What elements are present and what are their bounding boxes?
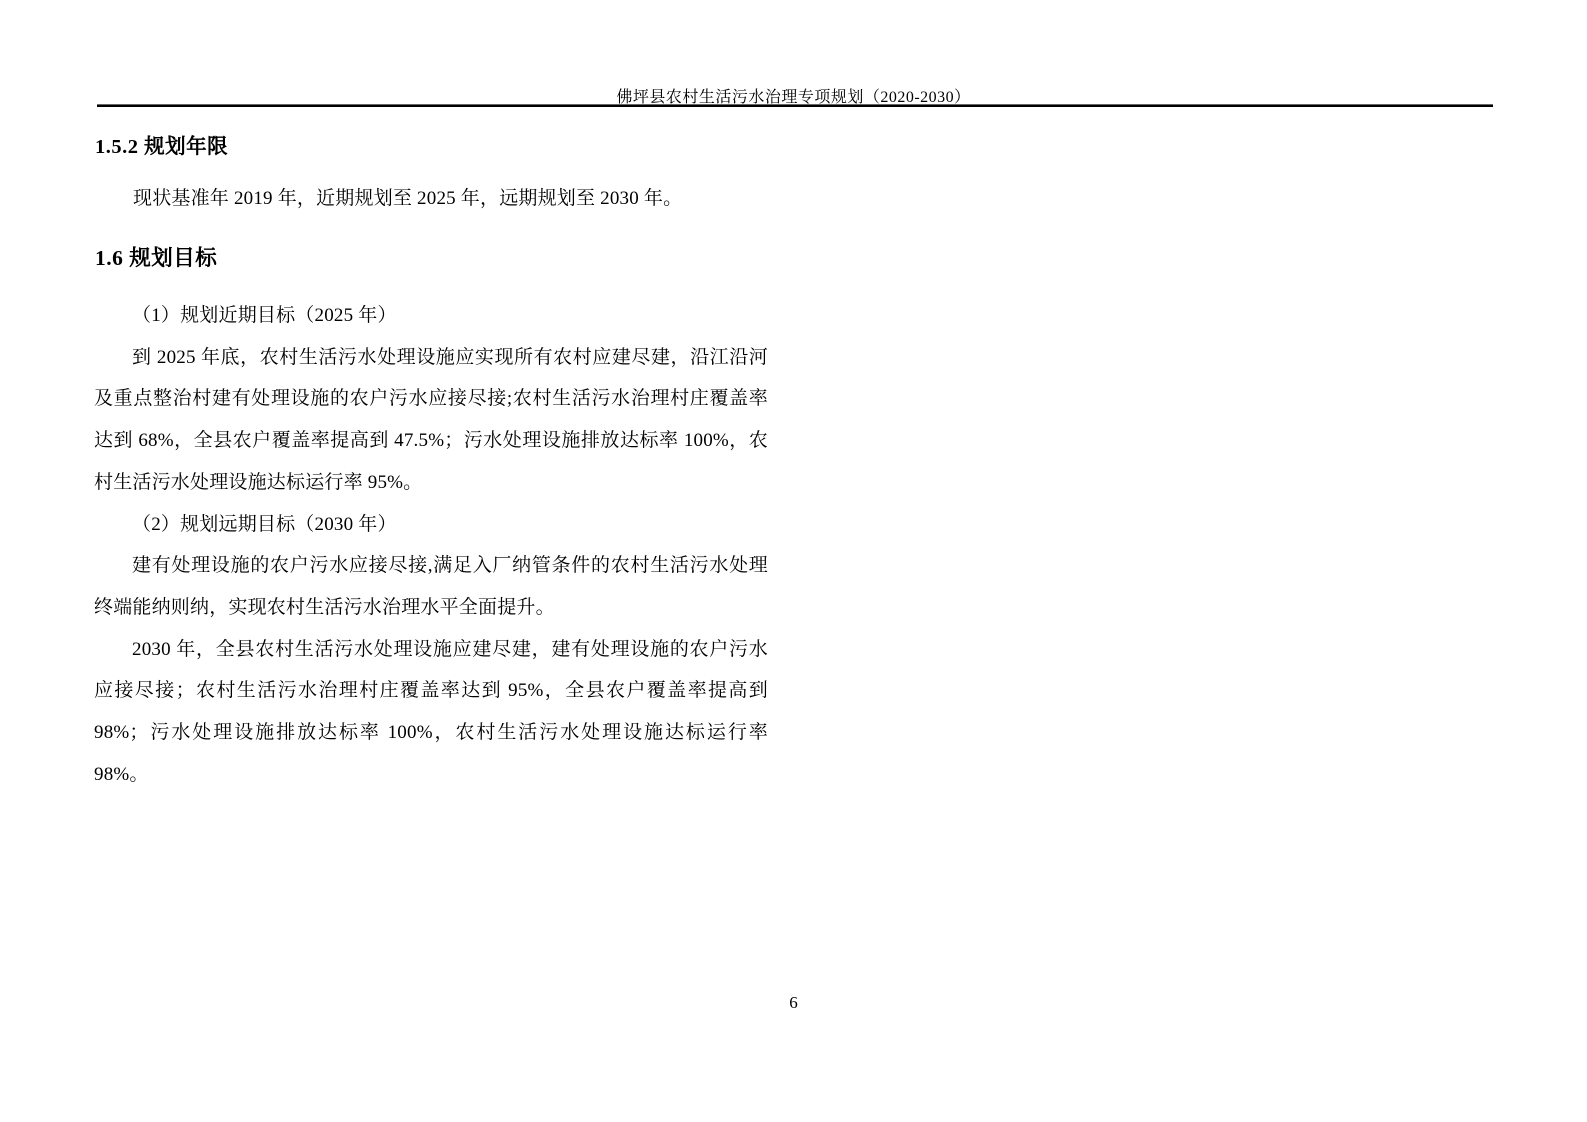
document-page: 佛坪县农村生活污水治理专项规划（2020-2030） 1.5.2 规划年限 现状… — [0, 0, 1587, 1122]
paragraph-near-term-label: （1）规划近期目标（2025 年） — [94, 295, 768, 337]
paragraph-near-term-goals: 到 2025 年底，农村生活污水处理设施应实现所有农村应建尽建，沿江沿河及重点整… — [94, 337, 768, 504]
paragraph-long-term-goals: 建有处理设施的农户污水应接尽接,满足入厂纳管条件的农村生活污水处理终端能纳则纳，… — [94, 545, 768, 628]
paragraph-planning-period: 现状基准年 2019 年，近期规划至 2025 年，远期规划至 2030 年。 — [95, 186, 769, 212]
page-number: 6 — [0, 993, 1587, 1013]
header-rule — [97, 104, 1493, 107]
planning-goals-body: （1）规划近期目标（2025 年） 到 2025 年底，农村生活污水处理设施应实… — [94, 295, 768, 795]
paragraph-long-term-label: （2）规划远期目标（2030 年） — [94, 504, 768, 546]
section-heading-planning-period: 1.5.2 规划年限 — [95, 129, 228, 159]
section-heading-planning-goals: 1.6 规划目标 — [95, 241, 217, 272]
paragraph-2030-goals: 2030 年，全县农村生活污水处理设施应建尽建，建有处理设施的农户污水应接尽接；… — [94, 629, 768, 796]
